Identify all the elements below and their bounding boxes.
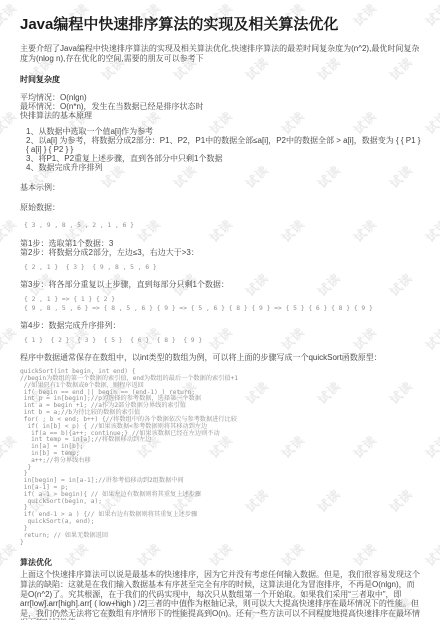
original-data-code: { 3 , 9 , 8 , 5 , 2 , 1 , 6 }: [20, 222, 422, 230]
principle-list: 1、从数据中选取一个值a[i]作为参考 2、以a[i] 为参考，将数据分成2部分…: [20, 127, 422, 172]
step-4-line: 第4步：数据完成升序排列：: [20, 321, 422, 330]
principle-item: 1、从数据中选取一个值a[i]作为参考: [26, 127, 422, 136]
step-1-2-text: 第1步：选取第1个数据：3 第2步：将数据分成2部分，左边≤3，右边大于>3：: [20, 239, 422, 257]
principle-item: 2、以a[i] 为参考，将数据分成2部分：P1、P2，P1中的数据全部≤a[i]…: [26, 136, 422, 154]
complexity-average-line: 平均情况：O(nlgn): [20, 93, 422, 102]
document-content: Java编程中快速排序算法的实现及相关算法优化 主要介绍了Java编程中快速排序…: [0, 0, 440, 620]
document-page: 试读试读试读试读试读试读试读试读试读试读试读试读试读试读试读试读试读试读试读试读…: [0, 0, 440, 620]
complexity-lines: 平均情况：O(nlgn) 最坏情况：O(n*n)，发生在当数据已经是排序状态时 …: [20, 93, 422, 120]
section-heading-optimization: 算法优化: [20, 557, 422, 568]
step-4-code: { 1 } { 2 } { 3 } { 5 } { 6 } { 8 } { 9 …: [20, 337, 422, 345]
principle-item: 4、数据完成升序排列: [26, 163, 422, 172]
step-3-line: 第3步：将各部分重复以上步骤，直到每部分只剩1个数据：: [20, 280, 422, 289]
step-2-line: 第2步：将数据分成2部分，左边≤3，右边大于>3：: [20, 248, 422, 257]
original-data-label: 原始数据：: [20, 202, 422, 213]
quicksort-code-block: quickSort(int begin, int end) { //begin为…: [20, 369, 422, 546]
function-intro-paragraph: 程序中数据通常保存在数组中，以int类型的数组为例，可以将上面的步骤写成一个qu…: [20, 353, 422, 362]
step-3-code: { 2 , 1 } => { 1 } { 2 } { 9 , 8 , 5 , 6…: [20, 296, 422, 312]
optimization-paragraph: 上面这个快速排序算法可以说是最基本的快速排序，因为它并没有考虑任何输入数据。但是…: [20, 570, 422, 620]
intro-paragraph: 主要介绍了Java编程中快速排序算法的实现及相关算法优化,快速排序算法的最差时间…: [20, 44, 422, 63]
step-1-line: 第1步：选取第1个数据：3: [20, 239, 422, 248]
page-title: Java编程中快速排序算法的实现及相关算法优化: [20, 16, 422, 34]
section-heading-time-complexity: 时间复杂度: [20, 74, 422, 85]
complexity-principle-label: 快排算法的基本原理: [20, 111, 422, 120]
complexity-worst-line: 最坏情况：O(n*n)，发生在当数据已经是排序状态时: [20, 102, 422, 111]
step-2-code: { 2 , 1 } { 3 } { 9 , 8 , 5 , 6 }: [20, 264, 422, 272]
basic-example-label: 基本示例：: [20, 182, 422, 193]
